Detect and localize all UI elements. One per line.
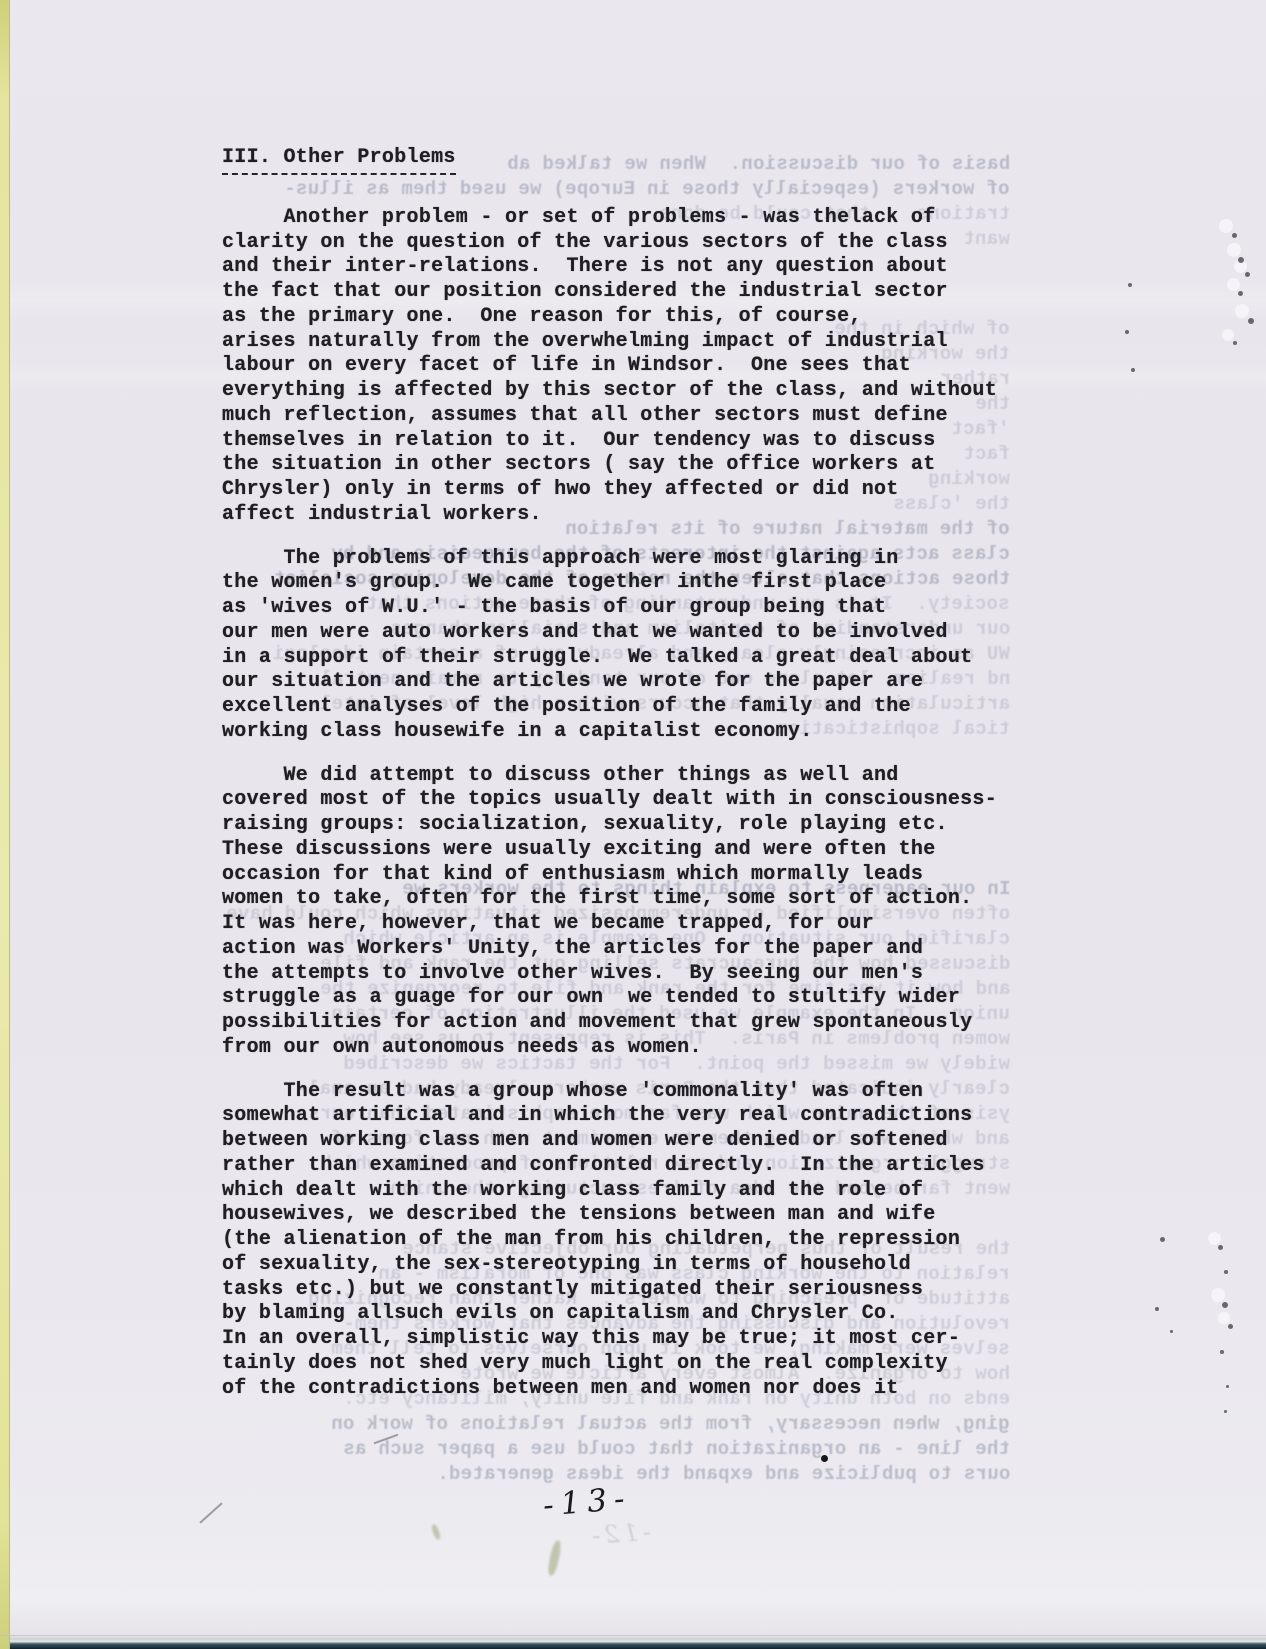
ink-speck xyxy=(1131,368,1135,372)
handwritten-page-number: -13- xyxy=(542,1480,633,1524)
ink-speck xyxy=(1160,1237,1165,1242)
typewritten-text-block: III. Other Problems Another problem - or… xyxy=(222,146,1042,1420)
bleedthrough-line: ours to publicize and expand the ideas g… xyxy=(437,1462,1010,1486)
ink-speck xyxy=(1224,1410,1227,1413)
paragraph-4: The result was a group whose 'commonalit… xyxy=(222,1080,1042,1402)
ink-speck xyxy=(1220,1350,1224,1354)
paper-blemish xyxy=(1235,304,1249,318)
ink-speck xyxy=(1238,291,1243,296)
ink-speck xyxy=(1125,330,1129,334)
ink-speck xyxy=(1232,233,1237,238)
paper-blemish xyxy=(1222,329,1234,341)
ink-speck xyxy=(1170,1330,1173,1333)
paper-blemish xyxy=(1208,1232,1221,1245)
ink-speck xyxy=(1238,257,1244,263)
paper-blemish xyxy=(1219,219,1233,233)
stray-period-mark xyxy=(821,1455,828,1462)
paper-blemish xyxy=(1227,243,1241,257)
ink-speck xyxy=(1224,1270,1228,1274)
ink-speck xyxy=(1128,283,1132,287)
ghost-page-number: -12- xyxy=(587,1518,652,1550)
scanned-document-page: { "page": { "heading": "III. Other Probl… xyxy=(0,0,1266,1649)
ink-speck xyxy=(1228,1324,1233,1329)
paragraph-2: The problems of this approach were most … xyxy=(222,547,1042,745)
paragraph-3: We did attempt to discuss other things a… xyxy=(222,764,1042,1061)
section-heading: III. Other Problems xyxy=(222,146,456,175)
ink-speck xyxy=(1248,318,1254,324)
ink-speck xyxy=(1222,1302,1228,1308)
paragraph-1: Another problem - or set of problems - w… xyxy=(222,206,1042,528)
bleedthrough-line: the line - an organization that could us… xyxy=(343,1437,1010,1461)
ink-speck xyxy=(1233,341,1237,345)
ink-speck xyxy=(1245,272,1250,277)
ink-speck xyxy=(1226,1385,1229,1388)
ink-speck xyxy=(1155,1307,1159,1311)
ink-speck xyxy=(1218,1245,1223,1250)
paper-blemish xyxy=(1211,1288,1225,1302)
paper-blemish xyxy=(1227,278,1240,291)
paper-blemish xyxy=(1218,1312,1230,1324)
